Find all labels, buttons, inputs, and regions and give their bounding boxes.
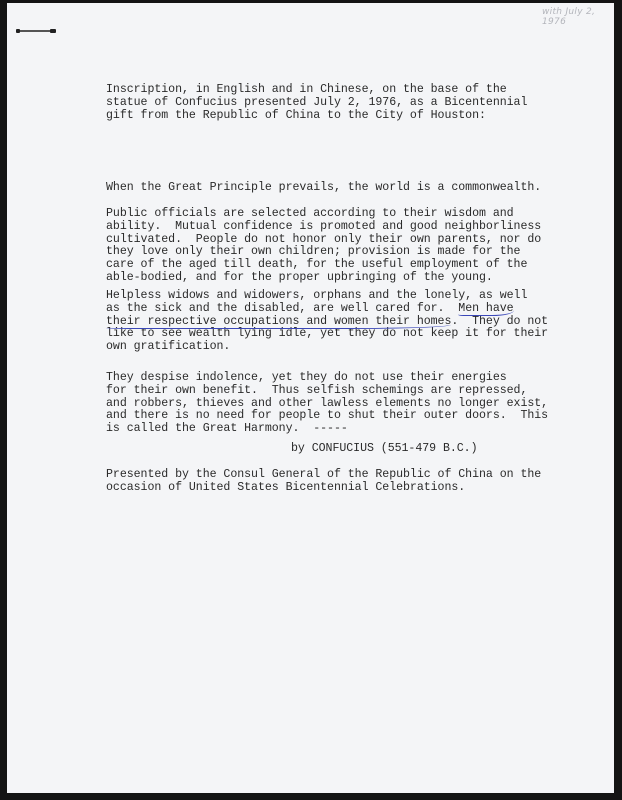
despise-paragraph: They despise indolence, yet they do not …: [106, 372, 548, 436]
text-line: Public officials are selected according …: [106, 208, 541, 221]
text-segment: . They do not: [451, 315, 548, 328]
handwritten-note: with July 2, 1976: [542, 7, 614, 27]
presented-paragraph: Presented by the Consul General of the R…: [106, 469, 541, 495]
pen-underlined-text: their respective occupations and women t…: [106, 315, 451, 329]
text-line: able-bodied, and for the proper upbringi…: [106, 272, 541, 285]
text-line: They despise indolence, yet they do not …: [106, 372, 548, 385]
text-line: as the sick and the disabled, are well c…: [106, 303, 548, 316]
text-line: gift from the Republic of China to the C…: [106, 110, 527, 123]
text-line: is called the Great Harmony. -----: [106, 423, 548, 436]
text-line: statue of Confucius presented July 2, 19…: [106, 97, 527, 110]
text-line: for their own benefit. Thus selfish sche…: [106, 385, 548, 398]
text-line: ability. Mutual confidence is promoted a…: [106, 221, 541, 234]
intro-paragraph: Inscription, in English and in Chinese, …: [106, 84, 527, 122]
principle-line: When the Great Principle prevails, the w…: [106, 182, 541, 195]
text-line: Inscription, in English and in Chinese, …: [106, 84, 527, 97]
helpless-paragraph: Helpless widows and widowers, orphans an…: [106, 290, 548, 354]
staple-mark: [18, 30, 54, 32]
pen-underlined-text: Men have: [458, 302, 513, 316]
document-page: with July 2, 1976 Inscription, in Englis…: [7, 3, 614, 793]
text-line: own gratification.: [106, 341, 548, 354]
byline: by CONFUCIUS (551-479 B.C.): [291, 443, 478, 456]
text-line: occasion of United States Bicentennial C…: [106, 482, 541, 495]
text-segment: as the sick and the disabled, are well c…: [106, 302, 458, 315]
text-line: Presented by the Consul General of the R…: [106, 469, 541, 482]
officials-paragraph: Public officials are selected according …: [106, 208, 541, 285]
